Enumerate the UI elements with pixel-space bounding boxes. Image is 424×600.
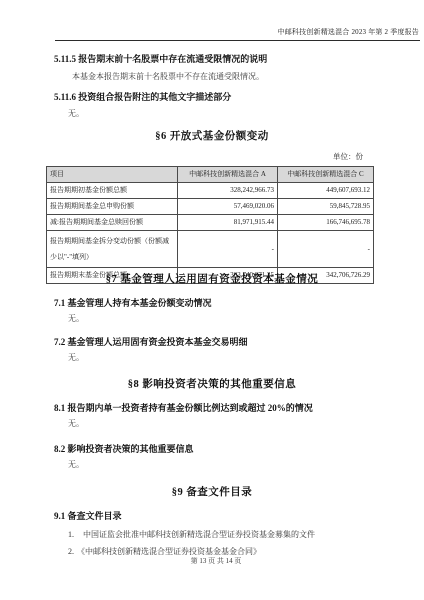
table-row: 报告期期初基金份额总额 328,242,966.73 449,607,693.1… bbox=[47, 183, 374, 199]
fund-share-change-table: 项目 中邮科技创新精选混合 A 中邮科技创新精选混合 C 报告期期初基金份额总额… bbox=[46, 166, 374, 284]
heading-section-6: §6 开放式基金份额变动 bbox=[0, 128, 424, 143]
value-a: 328,242,966.73 bbox=[178, 183, 278, 199]
paragraph-8-2: 无。 bbox=[68, 459, 418, 470]
col-header-class-c: 中邮科技创新精选混合 C bbox=[278, 167, 374, 183]
paragraph-8-1: 无。 bbox=[68, 418, 418, 429]
row-label: 减:报告期期间基金总赎回份额 bbox=[47, 215, 178, 231]
row-label: 报告期期间基金拆分变动份额（份额减少以"-"填列） bbox=[47, 231, 178, 268]
list-item-number: 2. bbox=[68, 547, 74, 556]
heading-7-1: 7.1 基金管理人持有本基金份额变动情况 bbox=[54, 296, 418, 309]
heading-8-2: 8.2 影响投资者决策的其他重要信息 bbox=[54, 442, 418, 455]
value-c: 59,845,728.95 bbox=[278, 199, 374, 215]
row-label: 报告期期间基金总申购份额 bbox=[47, 199, 178, 215]
row-label: 报告期期初基金份额总额 bbox=[47, 183, 178, 199]
heading-8-1: 8.1 报告期内单一投资者持有基金份额比例达到或超过 20%的情况 bbox=[54, 401, 418, 414]
value-a: - bbox=[178, 231, 278, 268]
page-header-title: 中邮科技创新精选混合 2023 年第 2 季度报告 bbox=[55, 27, 419, 37]
paragraph-5-11-5: 本基金本报告期末前十名股票中不存在流通受限情况。 bbox=[72, 71, 418, 82]
table-row: 减:报告期期间基金总赎回份额 81,971,915.44 166,746,695… bbox=[47, 215, 374, 231]
page-number-footer: 第 13 页 共 14 页 bbox=[46, 556, 386, 566]
heading-5-11-6: 5.11.6 投资组合报告附注的其他文字描述部分 bbox=[54, 90, 418, 103]
heading-5-11-5: 5.11.5 报告期末前十名股票中存在流通受限情况的说明 bbox=[54, 52, 418, 65]
value-c: - bbox=[278, 231, 374, 268]
list-item: 1.中国证监会批准中邮科技创新精选混合型证券投资基金募集的文件 bbox=[68, 529, 418, 540]
paragraph-7-2: 无。 bbox=[68, 352, 418, 363]
heading-9-1: 9.1 备查文件目录 bbox=[54, 509, 418, 522]
value-c: 166,746,695.78 bbox=[278, 215, 374, 231]
list-item-number: 1. bbox=[68, 530, 74, 539]
header-rule bbox=[55, 40, 420, 41]
table-row: 报告期期间基金总申购份额 57,469,020.06 59,845,728.95 bbox=[47, 199, 374, 215]
heading-section-7: §7 基金管理人运用固有资金投资本基金情况 bbox=[0, 271, 424, 286]
heading-section-8: §8 影响投资者决策的其他重要信息 bbox=[0, 376, 424, 391]
paragraph-5-11-6: 无。 bbox=[68, 108, 418, 119]
paragraph-7-1: 无。 bbox=[68, 313, 418, 324]
value-a: 81,971,915.44 bbox=[178, 215, 278, 231]
value-a: 57,469,020.06 bbox=[178, 199, 278, 215]
list-item-text: 《中邮科技创新精选混合型证券投资基金基金合同》 bbox=[77, 547, 261, 556]
report-page: { "page": { "header": "中邮科技创新精选混合 2023 年… bbox=[0, 0, 424, 600]
unit-label: 单位：份 bbox=[46, 151, 373, 162]
table-row: 报告期期间基金拆分变动份额（份额减少以"-"填列） - - bbox=[47, 231, 374, 268]
col-header-class-a: 中邮科技创新精选混合 A bbox=[178, 167, 278, 183]
heading-7-2: 7.2 基金管理人运用固有资金投资本基金交易明细 bbox=[54, 335, 418, 348]
value-c: 449,607,693.12 bbox=[278, 183, 374, 199]
list-item-text: 中国证监会批准中邮科技创新精选混合型证券投资基金募集的文件 bbox=[83, 530, 315, 539]
table-header-row: 项目 中邮科技创新精选混合 A 中邮科技创新精选混合 C bbox=[47, 167, 374, 183]
heading-section-9: §9 备查文件目录 bbox=[0, 484, 424, 499]
col-header-item: 项目 bbox=[47, 167, 178, 183]
